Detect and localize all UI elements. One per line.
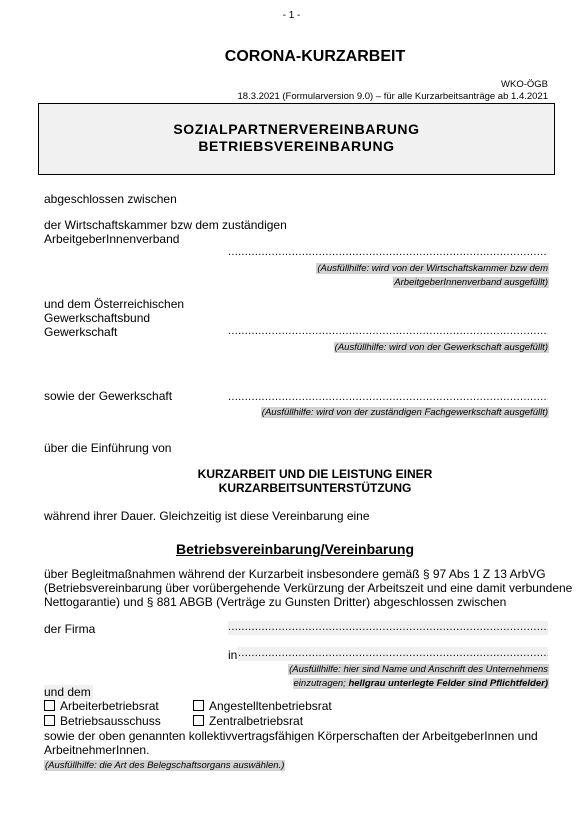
works-council-closing-line-1: sowie der oben genannten kollektivvertra… [44, 729, 538, 743]
company-hint-required-note: hellgrau unterlegte Felder sind Pflichtf… [348, 678, 548, 689]
oegb-union-field-dots: ........................................… [228, 325, 548, 337]
oegb-hint: (Ausfüllhilfe: wird von der Gewerkschaft… [334, 339, 549, 353]
title-line-1: SOZIALPARTNERVEREINBARUNG [39, 121, 554, 137]
agreement-para-line-1: über Begleitmaßnahmen während der Kurzar… [44, 567, 546, 581]
introduction-heading-line-1: KURZARBEIT UND DIE LEISTUNG EINER [0, 467, 583, 481]
checkbox-label: Betriebsausschuss [60, 714, 161, 728]
union-field[interactable]: ........................................… [228, 391, 548, 403]
checkbox-label: Zentralbetriebsrat [209, 714, 303, 728]
agreement-title-box: SOZIALPARTNERVEREINBARUNG BETRIEBSVEREIN… [38, 103, 555, 175]
union-hint: (Ausfüllhilfe: wird von der zuständigen … [261, 404, 549, 418]
company-location-field[interactable]: ........................................… [238, 647, 548, 661]
oegb-union-field[interactable]: ........................................… [228, 325, 548, 337]
introduction-heading-line-2: KURZARBEITSUNTERSTÜTZUNG [0, 481, 583, 495]
company-hint-line-1: (Ausfüllhilfe: hier sind Name und Anschr… [288, 664, 549, 675]
oegb-label-line-2: Gewerkschaftsbund [44, 311, 150, 325]
introduction-after: während ihrer Dauer. Gleichzeitig ist di… [44, 509, 370, 523]
checkbox-angestelltenbetriebsrat[interactable]: Angestelltenbetriebsrat [193, 699, 332, 713]
introduction-text: über die Einführung von [44, 441, 171, 455]
company-location-label: in [228, 648, 237, 662]
page-number: - 1 - [0, 10, 583, 21]
checkbox-icon[interactable] [193, 715, 204, 726]
organization-label: WKO-ÖGB [501, 79, 548, 90]
company-hint: (Ausfüllhilfe: hier sind Name und Anschr… [288, 661, 549, 689]
works-council-hint-text: (Ausfüllhilfe: die Art des Belegschaftso… [44, 760, 285, 771]
checkbox-label: Arbeiterbetriebsrat [60, 699, 159, 713]
parties-intro: abgeschlossen zwischen [44, 192, 177, 206]
oegb-label-line-1: und dem Österreichischen [44, 297, 184, 311]
checkbox-icon[interactable] [44, 715, 55, 726]
document-title: CORONA-KURZARBEIT [0, 48, 583, 66]
employer-label-line-1: der Wirtschaftskammer bzw dem zuständige… [44, 218, 287, 232]
company-name-field[interactable]: ........................................… [228, 621, 548, 635]
checkbox-betriebsausschuss[interactable]: Betriebsausschuss [44, 714, 161, 728]
employer-hint-line-1: (Ausfüllhilfe: wird von der Wirtschaftsk… [316, 263, 549, 274]
employer-hint-line-2: ArbeitgeberInnenverband ausgefüllt) [393, 277, 549, 288]
company-hint-line-2: einzutragen; hellgrau unterlegte Felder … [293, 678, 549, 689]
agreement-heading: Betriebsvereinbarung/Vereinbarung [0, 541, 583, 557]
works-council-hint: (Ausfüllhilfe: die Art des Belegschaftso… [44, 757, 285, 771]
checkbox-icon[interactable] [44, 700, 55, 711]
checkbox-arbeiterbetriebsrat[interactable]: Arbeiterbetriebsrat [44, 699, 159, 713]
union-field-dots: ........................................… [228, 391, 548, 403]
company-hint-line-2-prefix: einzutragen; [294, 678, 349, 689]
oegb-hint-text: (Ausfüllhilfe: wird von der Gewerkschaft… [334, 342, 549, 353]
form-version-line: 18.3.2021 (Formularversion 9.0) – für al… [237, 91, 548, 102]
company-location-dots: ........................................… [238, 647, 548, 659]
title-line-2: BETRIEBSVEREINBARUNG [39, 138, 554, 154]
employer-label-line-2: ArbeitgeberInnenverband [44, 232, 179, 246]
agreement-para-line-2: (Betriebsvereinbarung über vorübergehend… [44, 581, 572, 595]
company-name-dots: ........................................… [228, 621, 548, 633]
company-label: der Firma [44, 622, 95, 636]
works-council-closing-line-2: ArbeitnehmerInnen. [44, 743, 149, 757]
oegb-label-line-3: Gewerkschaft [44, 325, 117, 339]
employer-hint: (Ausfüllhilfe: wird von der Wirtschaftsk… [316, 260, 549, 288]
works-council-label: und dem [44, 685, 93, 699]
union-label: sowie der Gewerkschaft [44, 389, 172, 403]
employer-field[interactable]: ........................................… [228, 246, 548, 258]
union-hint-text: (Ausfüllhilfe: wird von der zuständigen … [261, 407, 549, 418]
checkbox-icon[interactable] [193, 700, 204, 711]
agreement-para-line-3: Nettogarantie) und § 881 ABGB (Verträge … [44, 595, 506, 609]
checkbox-label: Angestelltenbetriebsrat [209, 699, 332, 713]
employer-field-dots: ........................................… [228, 246, 548, 258]
checkbox-zentralbetriebsrat[interactable]: Zentralbetriebsrat [193, 714, 303, 728]
